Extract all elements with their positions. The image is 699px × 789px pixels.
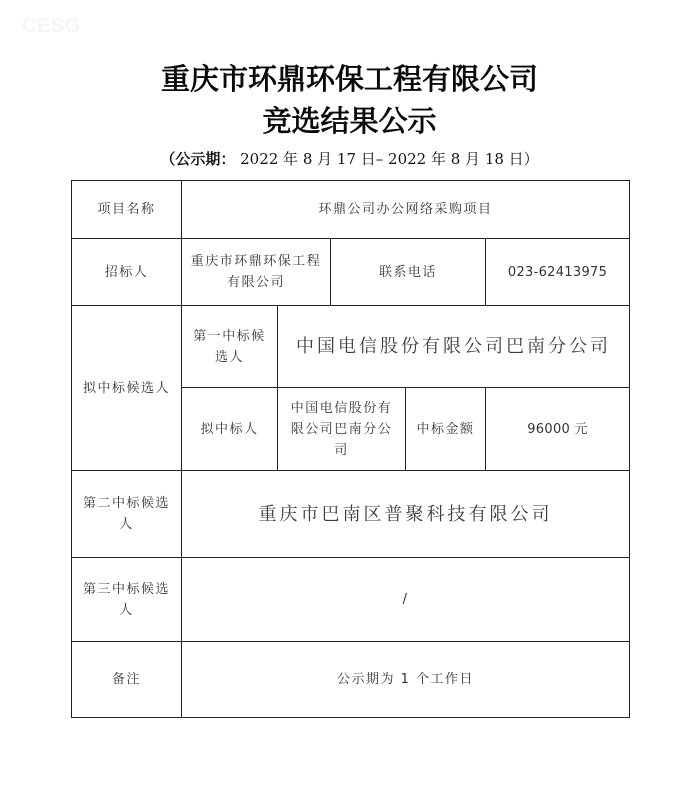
tenderer-value: 重庆市环鼎环保工程有限公司 xyxy=(182,239,331,306)
publicity-period: （公示期： 2022 年 8 月 17 日– 2022 年 8 月 18 日） xyxy=(0,148,699,170)
tenderer-label: 招标人 xyxy=(72,239,182,306)
row-second-candidate: 第二中标候选人 重庆市巴南区普聚科技有限公司 xyxy=(72,471,630,558)
remarks-value: 公示期为 1 个工作日 xyxy=(182,642,630,718)
project-name-value: 环鼎公司办公网络采购项目 xyxy=(182,181,630,239)
remarks-label: 备注 xyxy=(72,642,182,718)
row-remarks: 备注 公示期为 1 个工作日 xyxy=(72,642,630,718)
second-candidate-value: 重庆市巴南区普聚科技有限公司 xyxy=(182,471,630,558)
proposed-winner-value: 中国电信股份有限公司巴南分公司 xyxy=(278,388,406,471)
publicity-period-value: 2022 年 8 月 17 日– 2022 年 8 月 18 日） xyxy=(235,150,538,168)
publicity-period-label: （公示期： xyxy=(160,150,235,168)
contact-phone-value: 023-62413975 xyxy=(486,239,630,306)
row-tenderer: 招标人 重庆市环鼎环保工程有限公司 联系电话 023-62413975 xyxy=(72,239,630,306)
first-candidate-value: 中国电信股份有限公司巴南分公司 xyxy=(278,306,630,388)
project-name-label: 项目名称 xyxy=(72,181,182,239)
watermark-logo: CESG xyxy=(22,15,81,38)
row-project-name: 项目名称 环鼎公司办公网络采购项目 xyxy=(72,181,630,239)
row-third-candidate: 第三中标候选人 / xyxy=(72,558,630,642)
row-first-candidate: 拟中标候选人 第一中标候选人 中国电信股份有限公司巴南分公司 xyxy=(72,306,630,388)
proposed-candidates-label: 拟中标候选人 xyxy=(72,306,182,471)
second-candidate-label: 第二中标候选人 xyxy=(72,471,182,558)
third-candidate-label: 第三中标候选人 xyxy=(72,558,182,642)
contact-phone-label: 联系电话 xyxy=(331,239,486,306)
document-title-notice: 竞选结果公示 xyxy=(0,102,699,140)
proposed-winner-label: 拟中标人 xyxy=(182,388,278,471)
bid-amount-label: 中标金额 xyxy=(406,388,486,471)
third-candidate-value: / xyxy=(182,558,630,642)
document-title-company: 重庆市环鼎环保工程有限公司 xyxy=(0,60,699,98)
bid-amount-value: 96000 元 xyxy=(486,388,630,471)
bid-result-table: 项目名称 环鼎公司办公网络采购项目 招标人 重庆市环鼎环保工程有限公司 联系电话… xyxy=(71,180,630,718)
first-candidate-label: 第一中标候选人 xyxy=(182,306,278,388)
